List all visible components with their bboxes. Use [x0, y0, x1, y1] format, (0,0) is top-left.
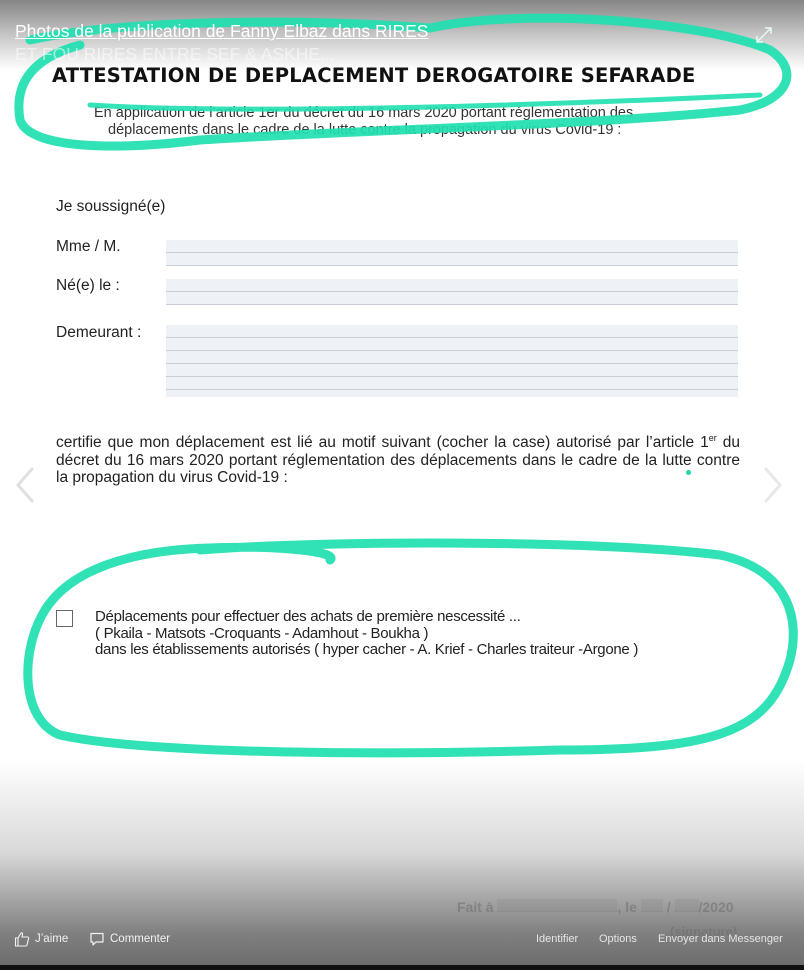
comment-bubble-icon — [89, 931, 105, 947]
birthdate-field[interactable] — [166, 279, 738, 305]
name-field[interactable] — [166, 240, 738, 266]
like-button[interactable]: J’aime — [14, 928, 68, 950]
post-title-line-1[interactable]: Photos de la publication de Fanny Elbaz … — [15, 20, 428, 43]
bottom-border — [0, 965, 804, 970]
chevron-right-icon[interactable] — [758, 465, 788, 505]
post-title-line-2[interactable]: ET FOU RIRES ENTRE SEF & ASKHE... — [15, 43, 428, 66]
send-messenger-label: Envoyer dans Messenger — [658, 933, 783, 945]
option-line-2: ( Pkaila - Matsots -Croquants - Adamhout… — [95, 626, 638, 643]
stray-dot — [686, 470, 691, 475]
name-label: Mme / M. — [56, 238, 121, 256]
send-messenger-button[interactable]: Envoyer dans Messenger — [658, 928, 783, 950]
certify-text-1: certifie que mon déplacement est lié au … — [56, 434, 709, 451]
address-label: Demeurant : — [56, 324, 141, 342]
photo-viewer: ATTESTATION DE DEPLACEMENT DEROGATOIRE S… — [0, 0, 804, 965]
options-button[interactable]: Options — [599, 928, 637, 950]
option-line-1: Déplacements pour effectuer des achats d… — [95, 609, 638, 626]
purchase-checkbox[interactable] — [56, 610, 73, 627]
intro-line-2: déplacements dans le cadre de la lutte c… — [94, 122, 734, 139]
post-title-link[interactable]: Photos de la publication de Fanny Elbaz … — [15, 20, 428, 66]
certify-paragraph: certifie que mon déplacement est lié au … — [56, 430, 740, 487]
birthdate-label: Né(e) le : — [56, 277, 120, 295]
photo-actions-bar: J’aime Commenter Identifier Options Envo… — [0, 928, 804, 950]
tag-button[interactable]: Identifier — [536, 928, 578, 950]
comment-label: Commenter — [110, 933, 170, 945]
address-field[interactable] — [166, 325, 738, 397]
purchase-option-text: Déplacements pour effectuer des achats d… — [95, 609, 638, 659]
option-line-3: dans les établissements autorisés ( hype… — [95, 642, 638, 659]
chevron-left-icon[interactable] — [10, 465, 40, 505]
undersigned-label: Je soussigné(e) — [56, 198, 165, 216]
options-label: Options — [599, 933, 637, 945]
like-label: J’aime — [35, 933, 68, 945]
tag-label: Identifier — [536, 933, 578, 945]
thumbs-up-icon — [14, 931, 30, 947]
intro-line-1: En application de l’article 1er du décre… — [94, 105, 734, 122]
document-intro: En application de l’article 1er du décre… — [94, 105, 734, 139]
certify-sup: er — [709, 433, 717, 443]
expand-arrows-icon[interactable] — [754, 25, 774, 45]
comment-button[interactable]: Commenter — [89, 928, 170, 950]
